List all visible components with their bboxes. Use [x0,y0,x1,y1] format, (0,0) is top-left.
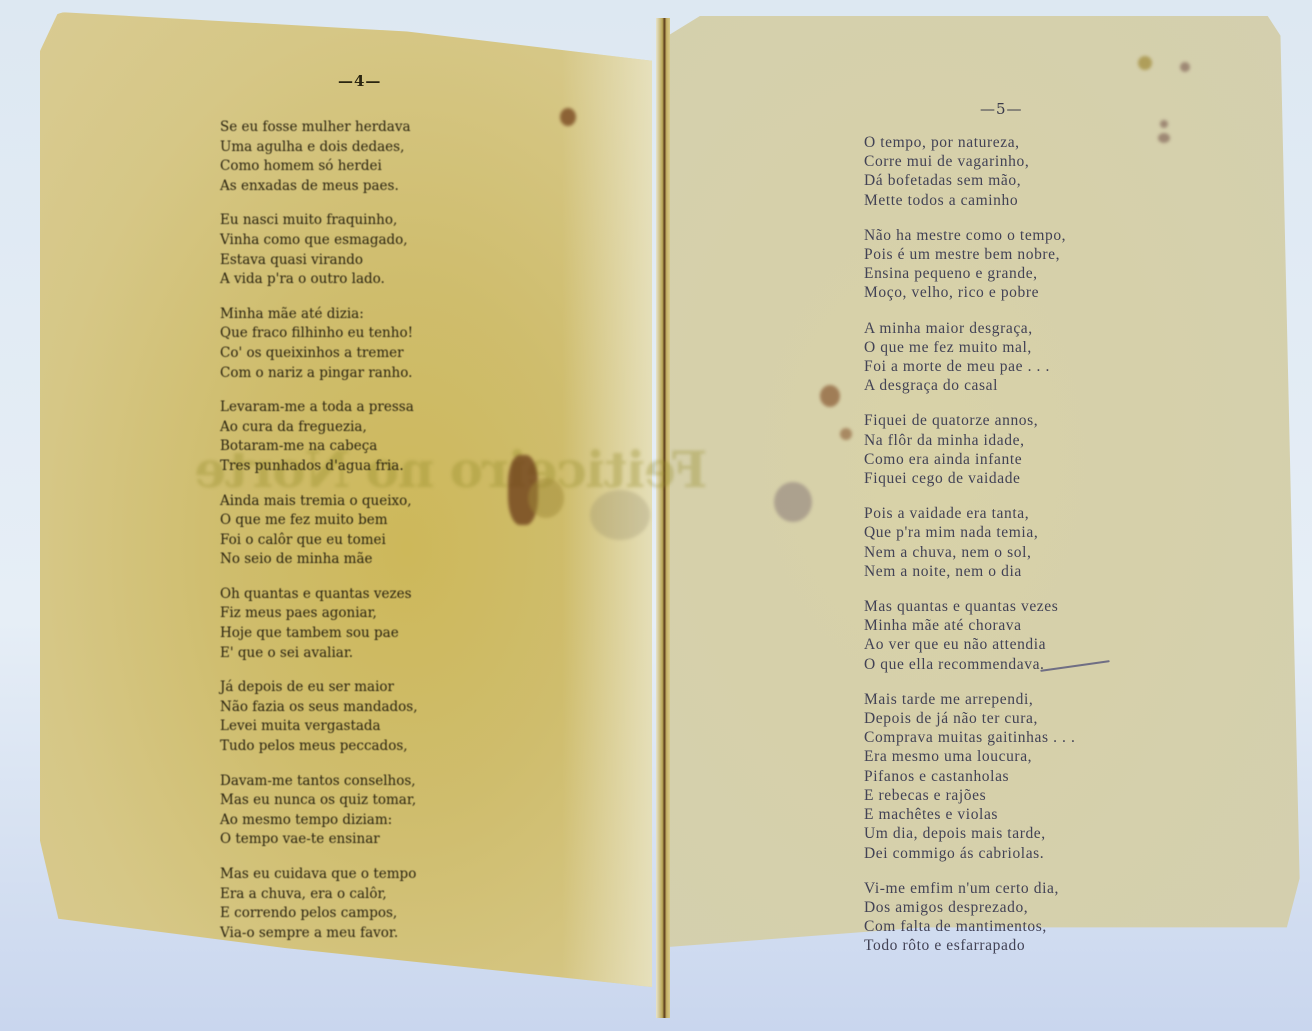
verse-line: Mette todos a caminho [864,191,1075,210]
verse-line: A desgraça do casal [864,376,1075,395]
stanza: Oh quantas e quantas vezesFiz meus paes … [220,585,418,663]
verse-line: O que me fez muito mal, [864,338,1075,357]
verse-line: Corre mui de vagarinho, [864,152,1075,171]
verse-line: Tudo pelos meus peccados, [220,737,418,757]
stanza: Mas quantas e quantas vezesMinha mãe até… [864,597,1075,674]
verse-line: Nem a noite, nem o dia [864,562,1075,581]
stanza: Levaram-me a toda a pressaAo cura da fre… [220,398,418,476]
stanza: Mas eu cuidava que o tempoEra a chuva, e… [220,865,418,943]
stain-mark [840,428,852,440]
verse-line: As enxadas de meus paes. [220,177,418,197]
stain-mark [590,490,650,540]
verse-line: Pois é um mestre bem nobre, [864,245,1075,264]
verse-line: Co' os queixinhos a tremer [220,344,418,364]
stain-mark [1138,56,1152,70]
verse-line: E' que o sei avaliar. [220,644,418,664]
verse-line: O tempo, por natureza, [864,133,1075,152]
verse-line: Depois de já não ter cura, [864,709,1075,728]
verse-line: Dei commigo ás cabriolas. [864,844,1075,863]
verse-line: Era a chuva, era o calôr, [220,885,418,905]
left-poem-column: Se eu fosse mulher herdavaUma agulha e d… [220,118,418,958]
verse-line: Minha mãe até dizia: [220,305,418,325]
stain-mark [1158,133,1170,143]
verse-line: Que fraco filhinho eu tenho! [220,324,418,344]
stanza: Vi-me emfim n'um certo dia,Dos amigos de… [864,879,1075,956]
verse-line: Fiquei cego de vaidade [864,469,1075,488]
verse-line: Dos amigos desprezado, [864,898,1075,917]
verse-line: Ainda mais tremia o queixo, [220,492,418,512]
verse-line: Uma agulha e dois dedaes, [220,138,418,158]
verse-line: A vida p'ra o outro lado. [220,270,418,290]
verse-line: Oh quantas e quantas vezes [220,585,418,605]
verse-line: Foi a morte de meu pae . . . [864,357,1075,376]
stain-mark [820,385,840,407]
verse-line: Ao ver que eu não attendia [864,635,1075,654]
stanza: A minha maior desgraça,O que me fez muit… [864,319,1075,396]
verse-line: Vinha como que esmagado, [220,231,418,251]
verse-line: Moço, velho, rico e pobre [864,283,1075,302]
open-booklet: Feiticeiro no Norte —4— —5— Se eu fosse … [0,0,1312,1031]
verse-line: Já depois de eu ser maior [220,678,418,698]
book-spine-gutter [656,18,670,1018]
verse-line: Mas eu nunca os quiz tomar, [220,791,418,811]
verse-line: O que me fez muito bem [220,511,418,531]
stanza: Eu nasci muito fraquinho,Vinha como que … [220,211,418,289]
verse-line: Um dia, depois mais tarde, [864,824,1075,843]
stanza: Mais tarde me arrependi,Depois de já não… [864,690,1075,863]
stanza: Minha mãe até dizia:Que fraco filhinho e… [220,305,418,383]
stanza: Fiquei de quatorze annos,Na flôr da minh… [864,411,1075,488]
verse-line: Com falta de mantimentos, [864,917,1075,936]
verse-line: Nem a chuva, nem o sol, [864,543,1075,562]
stanza: Se eu fosse mulher herdavaUma agulha e d… [220,118,418,196]
verse-line: Ensina pequeno e grande, [864,264,1075,283]
verse-line: Via-o sempre a meu favor. [220,924,418,944]
verse-line: Mas quantas e quantas vezes [864,597,1075,616]
verse-line: Que p'ra mim nada temia, [864,523,1075,542]
verse-line: Tres punhados d'agua fria. [220,457,418,477]
verse-line: E rebecas e rajões [864,786,1075,805]
verse-line: Levaram-me a toda a pressa [220,398,418,418]
stanza: Pois a vaidade era tanta,Que p'ra mim na… [864,504,1075,581]
verse-line: Fiz meus paes agoniar, [220,604,418,624]
stanza: O tempo, por natureza,Corre mui de vagar… [864,133,1075,210]
verse-line: E correndo pelos campos, [220,904,418,924]
verse-line: Não fazia os seus mandados, [220,698,418,718]
verse-line: Levei muita vergastada [220,717,418,737]
verse-line: Fiquei de quatorze annos, [864,411,1075,430]
page-number-5: —5— [980,100,1023,118]
verse-line: A minha maior desgraça, [864,319,1075,338]
right-poem-column: O tempo, por natureza,Corre mui de vagar… [864,133,1075,972]
stanza: Ainda mais tremia o queixo,O que me fez … [220,492,418,570]
verse-line: Davam-me tantos conselhos, [220,772,418,792]
verse-line: Era mesmo uma loucura, [864,747,1075,766]
verse-line: No seio de minha mãe [220,550,418,570]
verse-line: Mas eu cuidava que o tempo [220,865,418,885]
verse-line: E machêtes e violas [864,805,1075,824]
verse-line: Como era ainda infante [864,450,1075,469]
verse-line: Ao cura da freguezia, [220,418,418,438]
stanza: Davam-me tantos conselhos,Mas eu nunca o… [220,772,418,850]
verse-line: Se eu fosse mulher herdava [220,118,418,138]
verse-line: O que ella recommendava. [864,655,1075,674]
verse-line: Estava quasi virando [220,251,418,271]
verse-line: Na flôr da minha idade, [864,431,1075,450]
stanza: Não ha mestre como o tempo,Pois é um mes… [864,226,1075,303]
verse-line: Com o nariz a pingar ranho. [220,364,418,384]
stain-mark [528,478,564,518]
stain-mark [1160,120,1168,128]
verse-line: Minha mãe até chorava [864,616,1075,635]
verse-line: Hoje que tambem sou pae [220,624,418,644]
verse-line: Comprava muitas gaitinhas . . . [864,728,1075,747]
page-number-4: —4— [338,72,381,90]
stanza: Já depois de eu ser maiorNão fazia os se… [220,678,418,756]
stain-mark [1180,62,1190,72]
stain-mark [774,482,812,522]
stain-mark [560,108,576,126]
verse-line: Todo rôto e esfarrapado [864,936,1075,955]
verse-line: Mais tarde me arrependi, [864,690,1075,709]
verse-line: Foi o calôr que eu tomei [220,531,418,551]
verse-line: Ao mesmo tempo diziam: [220,811,418,831]
verse-line: Vi-me emfim n'um certo dia, [864,879,1075,898]
verse-line: Como homem só herdei [220,157,418,177]
verse-line: O tempo vae-te ensinar [220,830,418,850]
verse-line: Botaram-me na cabeça [220,437,418,457]
verse-line: Eu nasci muito fraquinho, [220,211,418,231]
verse-line: Pois a vaidade era tanta, [864,504,1075,523]
verse-line: Pifanos e castanholas [864,767,1075,786]
verse-line: Não ha mestre como o tempo, [864,226,1075,245]
verse-line: Dá bofetadas sem mão, [864,171,1075,190]
